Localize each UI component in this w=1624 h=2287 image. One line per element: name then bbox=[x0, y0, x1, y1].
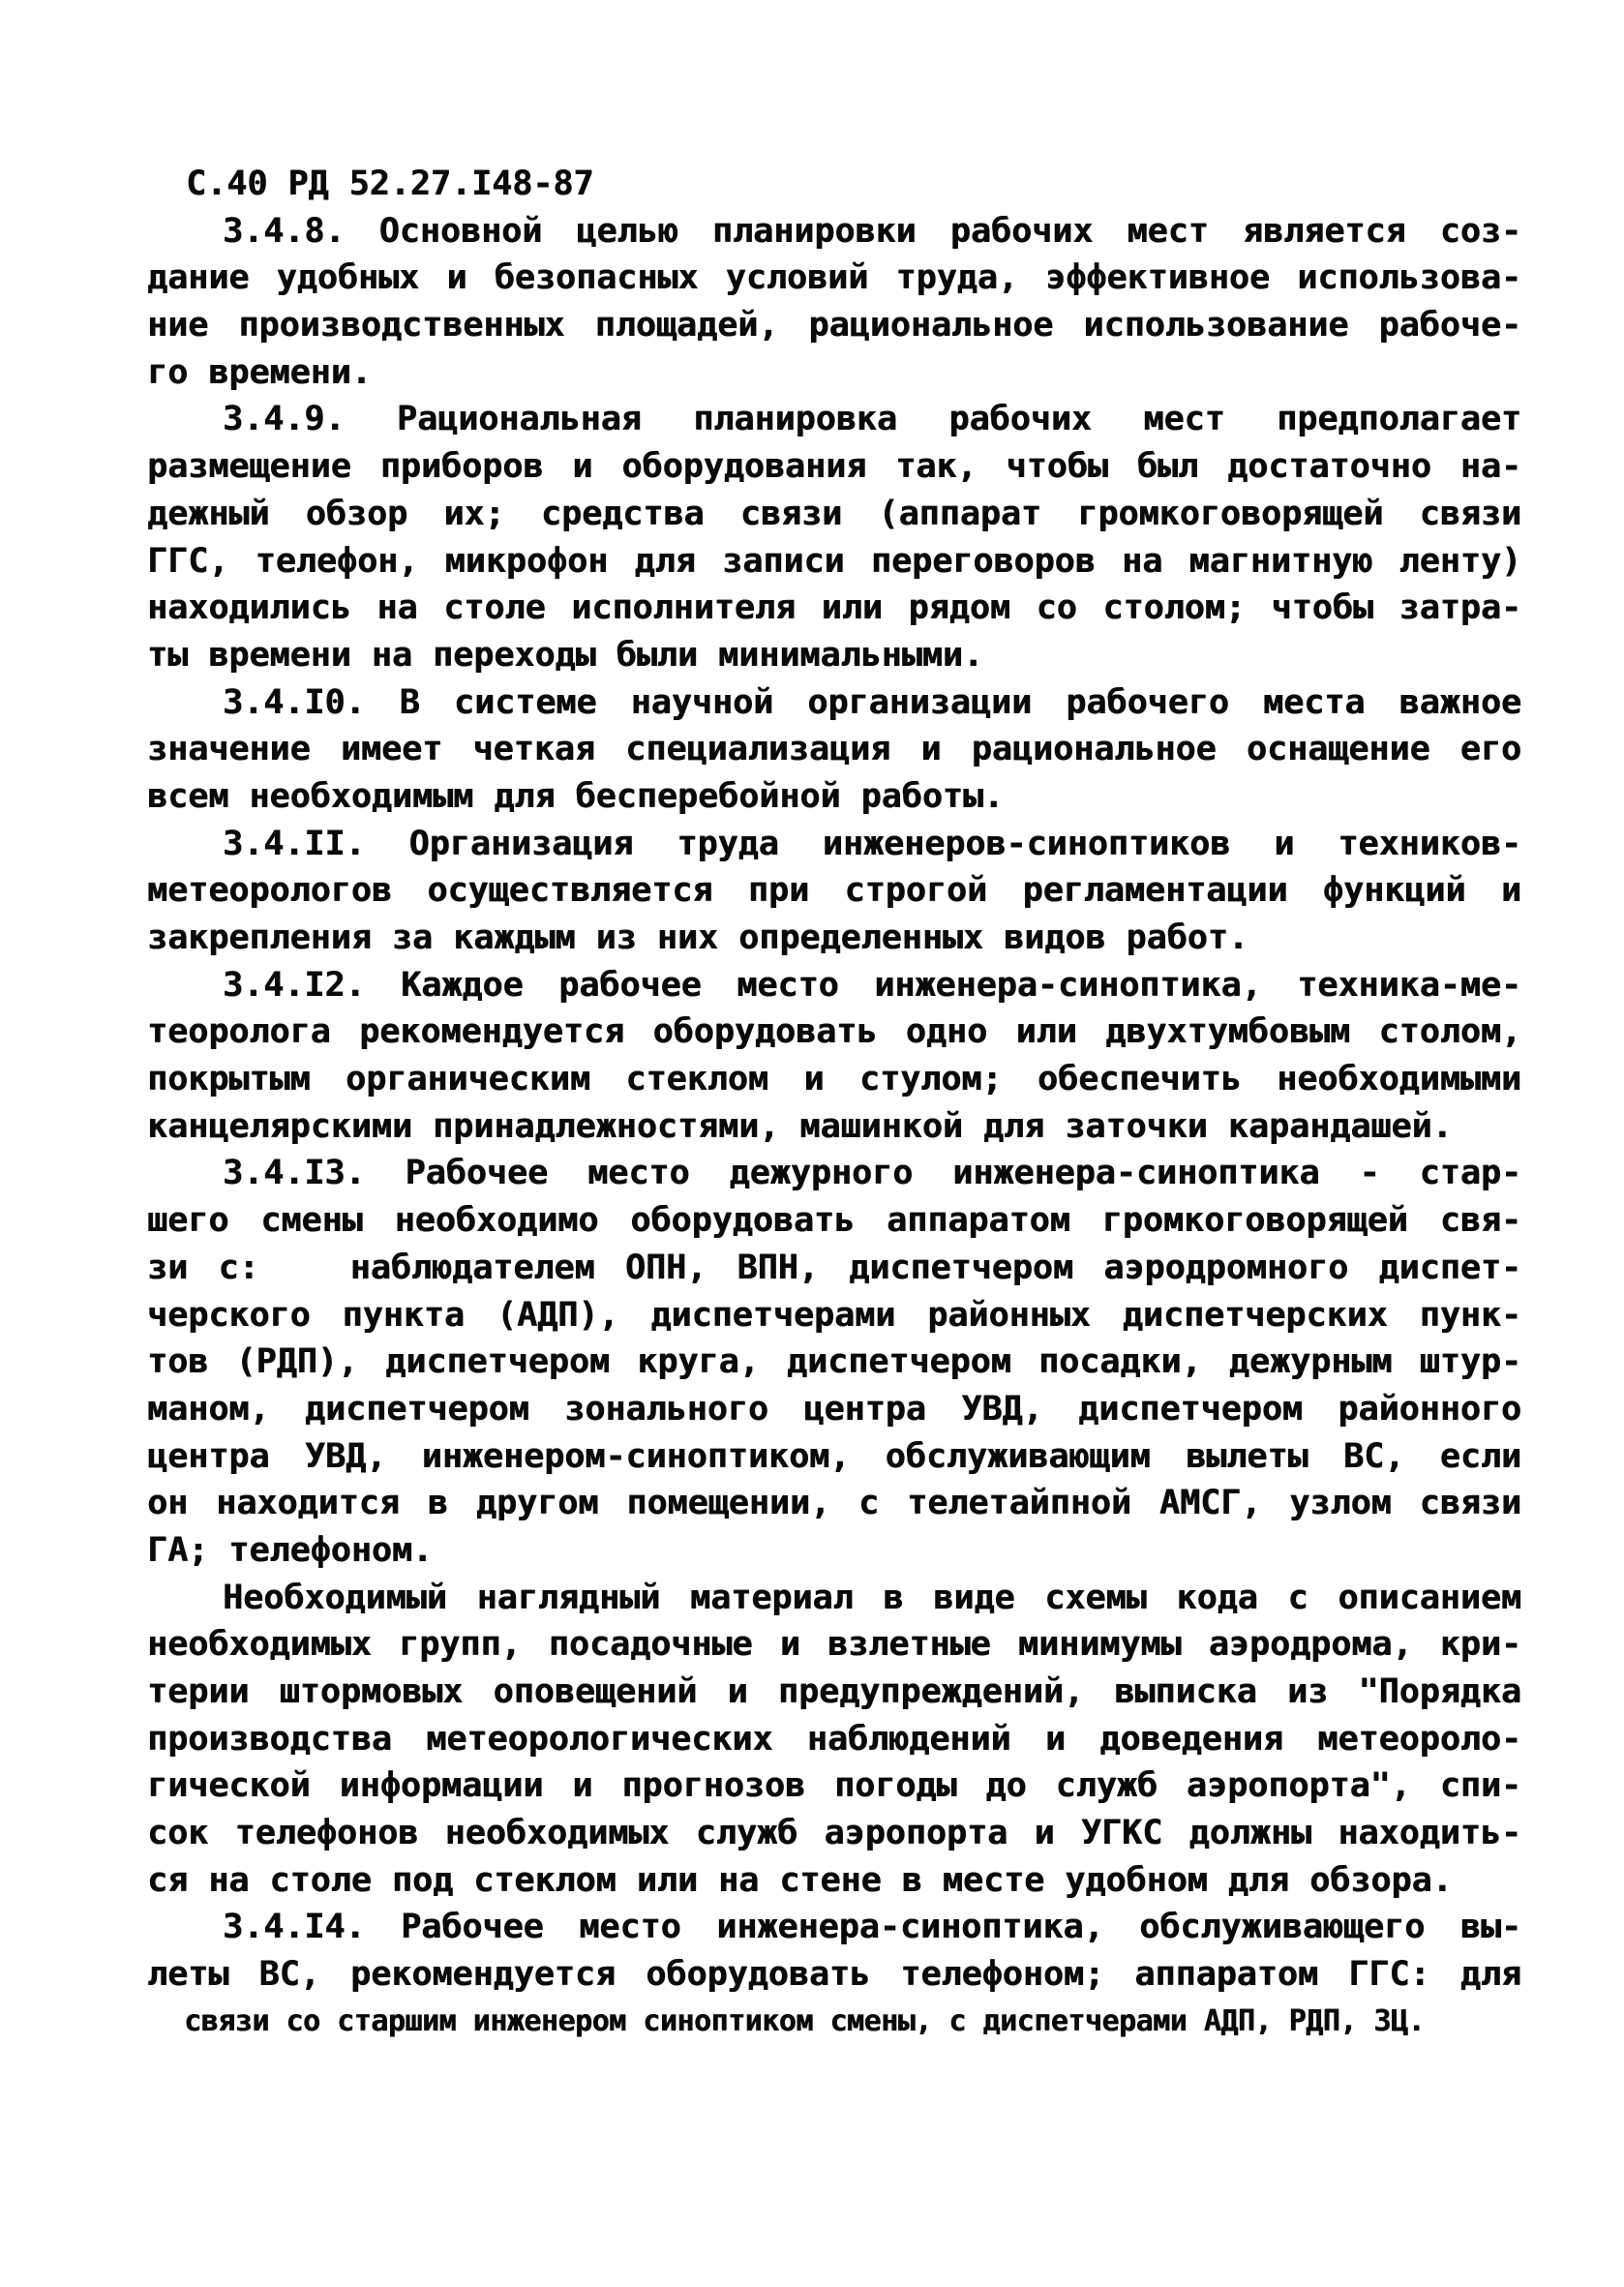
text-line: дежный обзор их; средства связи (аппарат… bbox=[147, 491, 1521, 538]
text-line: черского пункта (АДП), диспетчерами райо… bbox=[147, 1292, 1521, 1339]
text-line: 3.4.I4. Рабочее место инженера-синоптика… bbox=[147, 1904, 1521, 1951]
document-page: С.40 РД 52.27.I48-87 3.4.8. Основной цел… bbox=[0, 0, 1624, 2287]
text-line: 3.4.I3. Рабочее место дежурного инженера… bbox=[147, 1150, 1521, 1197]
text-line: закрепления за каждым из них определенны… bbox=[147, 915, 1521, 962]
text-line: дание удобных и безопасных условий труда… bbox=[147, 255, 1521, 302]
text-line: метеорологов осуществляется при строгой … bbox=[147, 867, 1521, 915]
text-line: гической информации и прогнозов погоды д… bbox=[147, 1762, 1521, 1810]
text-line: 3.4.II. Организация труда инженеров-сино… bbox=[147, 821, 1521, 868]
text-line: связи со старшим инженером синоптиком см… bbox=[147, 1999, 1521, 2046]
text-line: Необходимый наглядный материал в виде сх… bbox=[147, 1575, 1521, 1622]
text-line: 3.4.9. Рациональная планировка рабочих м… bbox=[147, 396, 1521, 443]
text-line: 3.4.I0. В системе научной организации ра… bbox=[147, 679, 1521, 727]
text-line: размещение приборов и оборудования так, … bbox=[147, 443, 1521, 491]
text-line: находились на столе исполнителя или рядо… bbox=[147, 585, 1521, 632]
text-line: 3.4.I2. Каждое рабочее место инженера-си… bbox=[147, 962, 1521, 1009]
page-header: С.40 РД 52.27.I48-87 bbox=[147, 161, 1521, 208]
text-line: шего смены необходимо оборудовать аппара… bbox=[147, 1197, 1521, 1245]
text-line: 3.4.8. Основной целью планировки рабочих… bbox=[147, 208, 1521, 256]
text-line: ГА; телефоном. bbox=[147, 1527, 1521, 1575]
text-line: производства метеорологических наблюдени… bbox=[147, 1716, 1521, 1763]
text-line: всем необходимым для бесперебойной работ… bbox=[147, 773, 1521, 821]
text-line: го времени. bbox=[147, 349, 1521, 397]
text-line: необходимых групп, посадочные и взлетные… bbox=[147, 1621, 1521, 1669]
text-line: леты ВС, рекомендуется оборудовать телеф… bbox=[147, 1951, 1521, 1999]
document-text-block: С.40 РД 52.27.I48-87 3.4.8. Основной цел… bbox=[147, 161, 1521, 2046]
text-line: терии штормовых оповещений и предупрежде… bbox=[147, 1669, 1521, 1716]
text-line: значение имеет четкая специализация и ра… bbox=[147, 726, 1521, 773]
text-line: ты времени на переходы были минимальными… bbox=[147, 632, 1521, 679]
text-line: ние производственных площадей, рациональ… bbox=[147, 302, 1521, 349]
text-line: он находится в другом помещении, с телет… bbox=[147, 1480, 1521, 1527]
text-line: канцелярскими принадлежностями, машинкой… bbox=[147, 1103, 1521, 1151]
text-line: покрытым органическим стеклом и стулом; … bbox=[147, 1056, 1521, 1103]
text-line: маном, диспетчером зонального центра УВД… bbox=[147, 1386, 1521, 1433]
text-line: центра УВД, инженером-синоптиком, обслуж… bbox=[147, 1433, 1521, 1481]
document-body: 3.4.8. Основной целью планировки рабочих… bbox=[147, 208, 1521, 2046]
text-line: сок телефонов необходимых служб аэропорт… bbox=[147, 1810, 1521, 1857]
text-line: зи с: наблюдателем ОПН, ВПН, диспетчером… bbox=[147, 1245, 1521, 1292]
text-line: теоролога рекомендуется оборудовать одно… bbox=[147, 1008, 1521, 1056]
text-line: тов (РДП), диспетчером круга, диспетчеро… bbox=[147, 1339, 1521, 1386]
text-line: ГГС, телефон, микрофон для записи перего… bbox=[147, 538, 1521, 586]
text-line: ся на столе под стеклом или на стене в м… bbox=[147, 1857, 1521, 1905]
